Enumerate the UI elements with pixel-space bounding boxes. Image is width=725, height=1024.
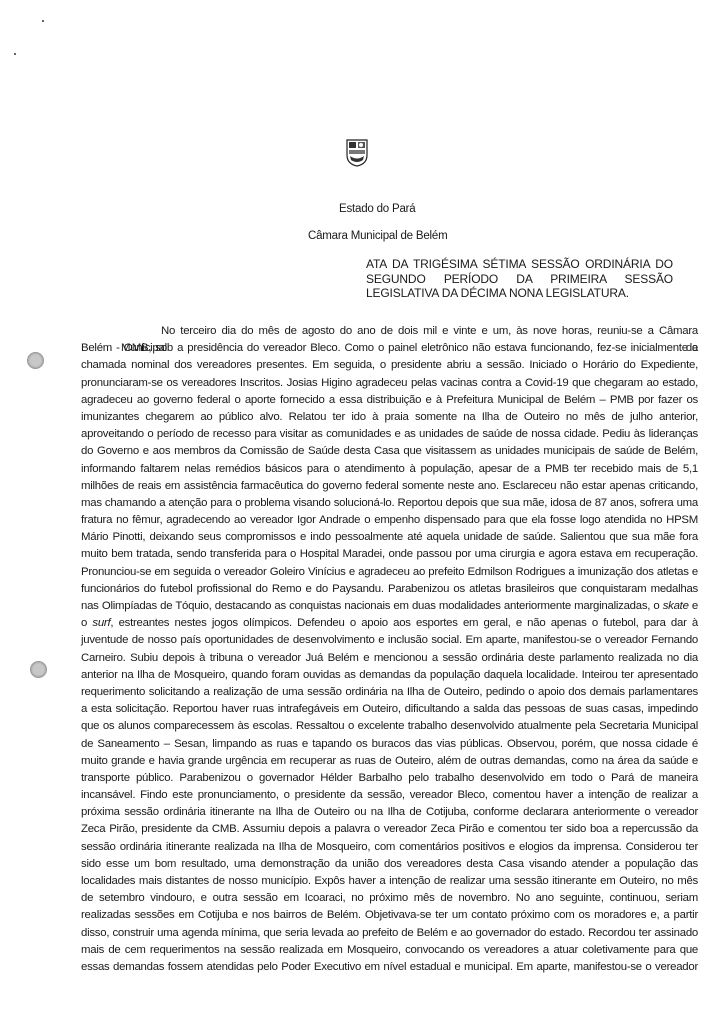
body-line-text: funcionários do futebol profissional do … <box>81 581 698 598</box>
body-line-text: disso, construir uma agenda mínima, que … <box>81 925 698 942</box>
body-line: que os alunos comparecessem às escolas. … <box>81 718 698 735</box>
body-line-text: transporte público. Parabenizou o govern… <box>81 770 698 787</box>
body-line: imunizantes chegarem ao público alvo. Re… <box>81 409 698 426</box>
body-line-text: Mário Pinotti, deixando seus compromisso… <box>81 529 698 546</box>
body-line: disso, construir uma agenda mínima, que … <box>81 925 698 942</box>
title-line: SEGUNDO PERÍODO DA PRIMEIRA SESSÃO <box>366 272 673 287</box>
body-line: essas demandas fossem atendidas pelo Pod… <box>81 959 698 976</box>
body-line-text: nas Olimpíadas de Tóquio, destacando as … <box>81 598 698 615</box>
body-line: aproveitando o período de recesso para v… <box>81 426 698 443</box>
body-line-text: de Saneamento – Sesan, limpando as ruas … <box>81 736 698 753</box>
body-line-text: juventude de nosso país oportunidades de… <box>81 632 698 649</box>
body-line-text: aproveitando o período de recesso para v… <box>81 426 698 443</box>
body-line-text: próxima sessão ordinária itinerante na I… <box>81 804 698 821</box>
body-line: muito bem tratada, sendo transferida par… <box>81 546 698 563</box>
body-line-text: sido esse um bom resultado, uma demonstr… <box>81 856 698 873</box>
body-line: sessão ordinária itinerante realizada na… <box>81 839 698 856</box>
chamber-name: Câmara Municipal de Belém <box>308 230 447 242</box>
body-line: funcionários do futebol profissional do … <box>81 581 698 598</box>
body-line: incansável. Findo este pronunciamento, o… <box>81 787 698 804</box>
body-line: nas Olimpíadas de Tóquio, destacando as … <box>81 598 698 615</box>
body-line-text: mas chamando a atenção para o problema v… <box>81 495 698 512</box>
body-line-text: o surf, estreantes nestes jogos olímpico… <box>81 615 698 632</box>
body-line-text: requerimento solicitando a realização de… <box>81 684 698 701</box>
body-line-text: milhões de reais em assistência farmacêu… <box>81 478 698 495</box>
body-line: muito grande e havia grande urgência em … <box>81 753 698 770</box>
body-line: transporte público. Parabenizou o govern… <box>81 770 698 787</box>
minutes-body: No terceiro dia do mês de agosto do ano … <box>81 323 698 976</box>
document-title: ATA DA TRIGÉSIMA SÉTIMA SESSÃO ORDINÁRIA… <box>366 257 673 301</box>
body-line: a esta solicitação. Reportou haver ruas … <box>81 701 698 718</box>
punch-hole <box>30 661 47 678</box>
body-line-text: mais de cem requerimentos na sessão real… <box>81 942 698 959</box>
coat-of-arms-icon <box>346 139 368 167</box>
body-line: fratura no fêmur, agradecendo ao vereado… <box>81 512 698 529</box>
scan-speck <box>42 20 44 22</box>
body-line-text: Carneiro. Subiu depois à tribuna o verea… <box>81 650 698 667</box>
body-line: informando faltarem nelas remédios básic… <box>81 461 698 478</box>
body-line: próxima sessão ordinária itinerante na I… <box>81 804 698 821</box>
body-line-text: sessão ordinária itinerante realizada na… <box>81 839 698 856</box>
body-line: de setembro vindouro, e outra sessão em … <box>81 890 698 907</box>
title-line: ATA DA TRIGÉSIMA SÉTIMA SESSÃO ORDINÁRIA… <box>366 257 673 272</box>
body-line-text: a esta solicitação. Reportou haver ruas … <box>81 701 698 718</box>
body-line: Zeca Pirão, presidente da CMB. Assumiu d… <box>81 821 698 838</box>
body-line: mas chamando a atenção para o problema v… <box>81 495 698 512</box>
body-line: realizadas sessões em Cotijuba e nos bai… <box>81 907 698 924</box>
body-line: sido esse um bom resultado, uma demonstr… <box>81 856 698 873</box>
body-line-text: Pronunciou-se em seguida o vereador Gole… <box>81 564 698 581</box>
body-line: localidades mais distantes de nosso muni… <box>81 873 698 890</box>
punch-hole <box>27 352 44 369</box>
body-line-text: realizadas sessões em Cotijuba e nos bai… <box>81 907 698 924</box>
body-line-text: chamada nominal dos vereadores presentes… <box>81 357 698 374</box>
body-line: No terceiro dia do mês de agosto do ano … <box>81 323 698 340</box>
body-line: Carneiro. Subiu depois à tribuna o verea… <box>81 650 698 667</box>
body-line-text: muito grande e havia grande urgência em … <box>81 753 698 770</box>
body-line: Belém - CMB, sob a presidência do veread… <box>81 340 698 357</box>
body-line-text: de setembro vindouro, e outra sessão em … <box>81 890 698 907</box>
body-line: juventude de nosso país oportunidades de… <box>81 632 698 649</box>
body-line-text: do Governo e aos membros da Comissão de … <box>81 443 698 460</box>
title-line: LEGISLATIVA DA DÉCIMA NONA LEGISLATURA. <box>366 286 673 301</box>
body-line-text: fratura no fêmur, agradecendo ao vereado… <box>81 512 698 529</box>
body-line: chamada nominal dos vereadores presentes… <box>81 357 698 374</box>
body-line-text: Zeca Pirão, presidente da CMB. Assumiu d… <box>81 821 698 838</box>
body-line: Mário Pinotti, deixando seus compromisso… <box>81 529 698 546</box>
body-line-text: Belém - CMB, sob a presidência do veread… <box>81 340 698 357</box>
body-line: de Saneamento – Sesan, limpando as ruas … <box>81 736 698 753</box>
body-line: requerimento solicitando a realização de… <box>81 684 698 701</box>
body-line-text: localidades mais distantes de nosso muni… <box>81 873 698 890</box>
body-line: anterior na Ilha de Mosqueiro, quando fo… <box>81 667 698 684</box>
body-line-text: informando faltarem nelas remédios básic… <box>81 461 698 478</box>
body-line-text: agradeceu ao governo federal o aporte fo… <box>81 392 698 409</box>
body-line-text: incansável. Findo este pronunciamento, o… <box>81 787 698 804</box>
body-line-text: muito bem tratada, sendo transferida par… <box>81 546 698 563</box>
body-line: agradeceu ao governo federal o aporte fo… <box>81 392 698 409</box>
body-line-text: que os alunos comparecessem às escolas. … <box>81 718 698 735</box>
body-line-text: pronunciaram-se os vereadores Inscritos.… <box>81 375 698 392</box>
body-line-text: essas demandas fossem atendidas pelo Pod… <box>81 959 698 976</box>
body-line-text: anterior na Ilha de Mosqueiro, quando fo… <box>81 667 698 684</box>
body-line: o surf, estreantes nestes jogos olímpico… <box>81 615 698 632</box>
body-line: milhões de reais em assistência farmacêu… <box>81 478 698 495</box>
scan-speck <box>14 53 16 55</box>
body-line: mais de cem requerimentos na sessão real… <box>81 942 698 959</box>
body-line: pronunciaram-se os vereadores Inscritos.… <box>81 375 698 392</box>
body-line-text: imunizantes chegarem ao público alvo. Re… <box>81 409 698 426</box>
state-name: Estado do Pará <box>339 203 415 215</box>
body-line: Pronunciou-se em seguida o vereador Gole… <box>81 564 698 581</box>
body-line: do Governo e aos membros da Comissão de … <box>81 443 698 460</box>
